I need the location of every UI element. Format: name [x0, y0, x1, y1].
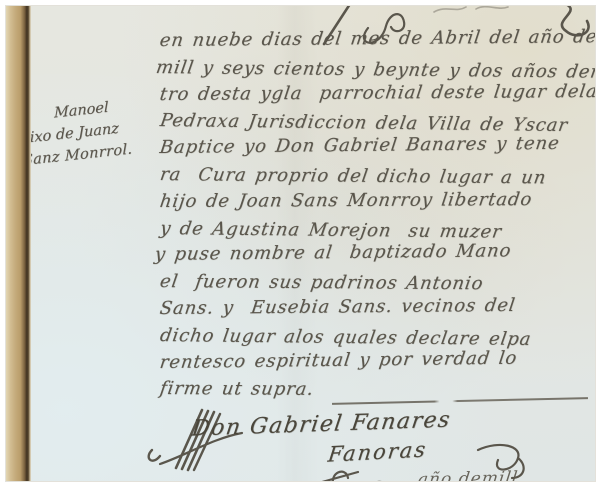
manuscript-line: en nuebe dias del mes de Abril del año d…	[158, 24, 596, 55]
manuscript-line: Sans. y Eusebia Sans. vecinos del	[158, 292, 596, 323]
photo-frame: Manoel hixo de Juanz Sanz Monrrol. en nu…	[0, 0, 600, 486]
manuscript-photo: Manoel hixo de Juanz Sanz Monrrol. en nu…	[5, 5, 596, 482]
manuscript-line: Baptice yo Don Gabriel Banares y tene	[158, 131, 596, 162]
book-binding-edge	[6, 6, 31, 481]
manuscript-line: tro desta ygla parrochial deste lugar de…	[158, 79, 596, 109]
bottom-flourish	[306, 460, 396, 482]
manuscript-page: Manoel hixo de Juanz Sanz Monrrol. en nu…	[6, 6, 595, 481]
record-text: en nuebe dias del mes de Abril del año d…	[158, 28, 596, 403]
manuscript-line: hijo de Joan Sans Monrroy libertado	[158, 186, 596, 215]
manuscript-line: y puse nombre al baptizado Mano	[153, 238, 596, 269]
next-entry-fragment: año demill	[417, 468, 520, 482]
manuscript-line: rentesco espiritual y por verdad lo	[158, 344, 596, 376]
margin-note: Manoel hixo de Juanz Sanz Monrrol.	[20, 90, 170, 172]
